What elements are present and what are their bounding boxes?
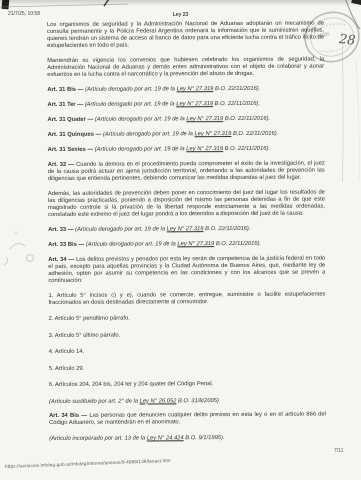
law-reference-link: Ley N° 27.319 [186, 116, 223, 122]
scanned-document-page: 21/7/25, 10:58 Ley 23 28 Los organismos … [0, 0, 361, 480]
document-body: Los organismos de seguridad y la Adminis… [47, 21, 326, 451]
article-34: Art. 34 — Los delitos previstos y penado… [48, 256, 325, 285]
article-34bis: Art. 34 Bis — Las personas que denuncien… [49, 412, 326, 427]
law-reference-link: Ley N° 27.319 [177, 86, 214, 92]
list-item: 1. Artículo 5° incisos c) y e), cuando s… [48, 292, 325, 307]
law-reference-link: Ley N° 27.319 [167, 226, 204, 232]
article-label: Art. 33 — [48, 227, 73, 233]
article-label: Art. 31 Bis — [47, 87, 83, 93]
law-reference-link: Ley N° 24.424 [147, 435, 184, 441]
page-number: 7/11 [334, 448, 343, 454]
article-label: Art. 31 Sexies — [48, 147, 93, 153]
list-item: 2. Artículo 5° penúltimo párrafo. [49, 315, 326, 323]
article-label: Art. 33 Bis — [48, 242, 84, 248]
print-footer-url: https://servicios.infoleg.gob.ar/infoleg… [5, 458, 171, 469]
law-reference-link: Ley N° 26.052 [140, 398, 177, 404]
law-reference-link: Ley N° 27.319 [176, 101, 213, 107]
article-33: Art. 33 — (Artículo derogado por art. 19… [48, 226, 325, 234]
pencil-marks [4, 231, 33, 265]
article-label: Art. 34 Bis — [49, 413, 87, 419]
scan-edge-shadow [0, 0, 361, 6]
article-31ter: Art. 31 Ter — (Artículo derogado por art… [47, 101, 324, 109]
list-item: 3. Artículo 5° último párrafo. [49, 331, 326, 339]
list-item: 5. Artículo 29. [49, 364, 326, 372]
stamp-handwritten-number: 28 [337, 32, 356, 49]
list-item: 6. Artículos 204, 204 bis, 204 ter y 204… [49, 381, 326, 389]
article-label: Art. 31 Ter — [47, 102, 83, 108]
article-32-paragraph2: Además, las autoridades de prevención de… [48, 190, 325, 219]
article-31quinques: Art. 31 Quinques — (Artículo derogado po… [48, 131, 325, 139]
article-31bis: Art. 31 Bis — (Artículo derogado por art… [47, 86, 324, 94]
list-item: 4. Artículo 14. [49, 348, 326, 356]
article-label: Art. 34 — [48, 257, 74, 263]
article-31quater: Art. 31 Quater — (Artículo derogado por … [47, 116, 324, 124]
law-reference-link: Ley N° 27.319 [177, 241, 214, 247]
law-reference-link: Ley N° 27.319 [195, 131, 232, 137]
article-33bis: Art. 33 Bis — (Artículo derogado por art… [48, 241, 325, 249]
article-label: Art. 31 Quater — [47, 117, 93, 123]
article-32: Art. 32 — Cuando la demora en el procedi… [48, 160, 325, 182]
article-label: Art. 31 Quinques — [48, 132, 102, 138]
article-label: Art. 32 — [48, 162, 74, 168]
paragraph: Los organismos de seguridad y la Adminis… [47, 21, 324, 50]
incorporation-note: (Artículo incorporado por art. 13 de la … [49, 434, 326, 442]
law-reference-link: Ley N° 27.319 [186, 146, 223, 152]
substitution-note: (Artículo sustituido por art. 2° de la L… [49, 397, 326, 405]
paragraph: Mantendrán su vigencia los convenios que… [47, 57, 324, 79]
article-31sexies: Art. 31 Sexies — (Artículo derogado por … [48, 146, 325, 154]
